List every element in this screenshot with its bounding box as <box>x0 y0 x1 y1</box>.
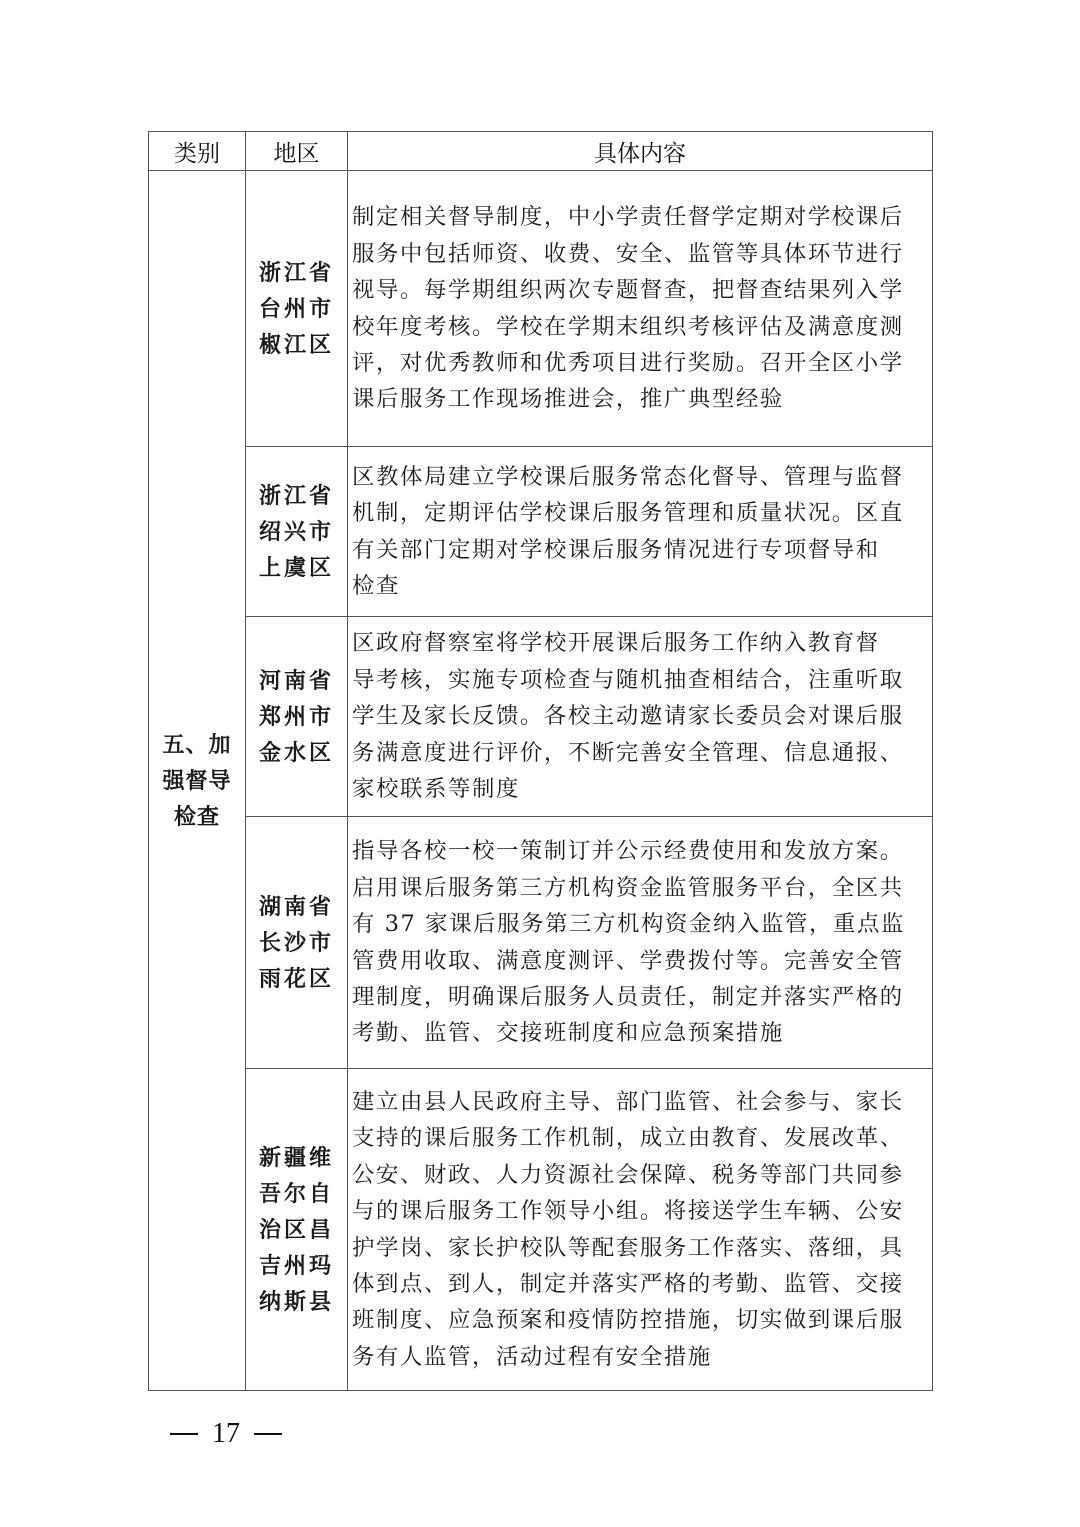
content-line: 启用课后服务第三方机构资金监管服务平台，全区共 <box>352 870 929 906</box>
content-line: 评，对优秀教师和优秀项目进行奖励。召开全区小学 <box>352 345 929 381</box>
content-line: 支持的课后服务工作机制，成立由教育、发展改革、 <box>352 1120 929 1156</box>
region-cell: 新疆维 吾尔自 治区昌 吉州玛 纳斯县 <box>246 1069 348 1391</box>
region-line: 绍兴市 <box>246 514 347 550</box>
table-row: 河南省 郑州市 金水区 区政府督察室将学校开展课后服务工作纳入教育督 导考核，实… <box>149 617 933 817</box>
region-cell: 浙江省 台州市 椒江区 <box>246 171 348 447</box>
content-line: 家校联系等制度 <box>352 771 929 807</box>
table-row: 湖南省 长沙市 雨花区 指导各校一校一策制订并公示经费使用和发放方案。 启用课后… <box>149 817 933 1069</box>
content-line: 区教体局建立学校课后服务常态化督导、管理与监督 <box>352 459 929 495</box>
content-line: 有 37 家课后服务第三方机构资金纳入监管，重点监 <box>352 906 929 942</box>
content-line: 指导各校一校一策制订并公示经费使用和发放方案。 <box>352 833 929 869</box>
content-line: 建立由县人民政府主导、部门监管、社会参与、家长 <box>352 1084 929 1120</box>
content-line: 班制度、应急预案和疫情防控措施，切实做到课后服 <box>352 1302 929 1338</box>
region-line: 治区昌 <box>246 1212 347 1248</box>
table-body: 五、加强督导检查 浙江省 台州市 椒江区 制定相关督导制度，中小学责任督学定期对… <box>149 171 933 1391</box>
content-line: 课后服务工作现场推进会，推广典型经验 <box>352 381 929 417</box>
dash-right <box>254 1433 282 1435</box>
category-cell: 五、加强督导检查 <box>149 171 246 1391</box>
region-cell: 河南省 郑州市 金水区 <box>246 617 348 817</box>
region-cell: 湖南省 长沙市 雨花区 <box>246 817 348 1069</box>
content-line: 体到点、到人，制定并落实严格的考勤、监管、交接 <box>352 1266 929 1302</box>
table-row: 浙江省 绍兴市 上虞区 区教体局建立学校课后服务常态化督导、管理与监督 机制，定… <box>149 447 933 617</box>
region-line: 浙江省 <box>246 478 347 514</box>
region-line: 纳斯县 <box>246 1284 347 1320</box>
region-line: 台州市 <box>246 291 347 327</box>
table-row: 新疆维 吾尔自 治区昌 吉州玛 纳斯县 建立由县人民政府主导、部门监管、社会参与… <box>149 1069 933 1391</box>
page-number-value: 17 <box>212 1418 240 1450</box>
content-cell: 区政府督察室将学校开展课后服务工作纳入教育督 导考核，实施专项检查与随机抽查相结… <box>348 617 933 817</box>
header-content: 具体内容 <box>348 132 933 171</box>
content-line: 与的课后服务工作领导小组。将接送学生车辆、公安 <box>352 1193 929 1229</box>
content-line: 服务中包括师资、收费、安全、监管等具体环节进行 <box>352 236 929 272</box>
content-line: 视导。每学期组织两次专题督查，把督查结果列入学 <box>352 272 929 308</box>
region-line: 河南省 <box>246 663 347 699</box>
content-line: 理制度，明确课后服务人员责任，制定并落实严格的 <box>352 979 929 1015</box>
content-line: 务有人监管，活动过程有安全措施 <box>352 1339 929 1375</box>
header-category: 类别 <box>149 132 246 171</box>
region-line: 吾尔自 <box>246 1176 347 1212</box>
content-line: 区政府督察室将学校开展课后服务工作纳入教育督 <box>352 625 929 661</box>
region-line: 浙江省 <box>246 255 347 291</box>
region-line: 郑州市 <box>246 699 347 735</box>
table-header-row: 类别 地区 具体内容 <box>149 132 933 171</box>
region-line: 湖南省 <box>246 889 347 925</box>
content-line: 校年度考核。学校在学期末组织考核评估及满意度测 <box>352 309 929 345</box>
content-line: 考勤、监管、交接班制度和应急预案措施 <box>352 1015 929 1051</box>
region-line: 长沙市 <box>246 925 347 961</box>
region-cell: 浙江省 绍兴市 上虞区 <box>246 447 348 617</box>
content-cell: 建立由县人民政府主导、部门监管、社会参与、家长 支持的课后服务工作机制，成立由教… <box>348 1069 933 1391</box>
table-row: 五、加强督导检查 浙江省 台州市 椒江区 制定相关督导制度，中小学责任督学定期对… <box>149 171 933 447</box>
content-cell: 区教体局建立学校课后服务常态化督导、管理与监督 机制，定期评估学校课后服务管理和… <box>348 447 933 617</box>
content-line: 务满意度进行评价，不断完善安全管理、信息通报、 <box>352 735 929 771</box>
dash-left <box>170 1433 198 1435</box>
content-line: 机制，定期评估学校课后服务管理和质量状况。区直 <box>352 495 929 531</box>
content-cell: 制定相关督导制度，中小学责任督学定期对学校课后 服务中包括师资、收费、安全、监管… <box>348 171 933 447</box>
region-line: 上虞区 <box>246 550 347 586</box>
page-number: 17 <box>170 1418 282 1450</box>
content-line: 制定相关督导制度，中小学责任督学定期对学校课后 <box>352 199 929 235</box>
region-line: 吉州玛 <box>246 1248 347 1284</box>
supervision-table: 类别 地区 具体内容 五、加强督导检查 浙江省 台州市 椒江区 制定相关督导制度… <box>148 131 933 1391</box>
content-line: 公安、财政、人力资源社会保障、税务等部门共同参 <box>352 1157 929 1193</box>
content-line: 有关部门定期对学校课后服务情况进行专项督导和 <box>352 532 929 568</box>
content-line: 导考核，实施专项检查与随机抽查相结合，注重听取 <box>352 662 929 698</box>
content-line: 检查 <box>352 568 929 604</box>
region-line: 椒江区 <box>246 327 347 363</box>
content-line: 管费用收取、满意度测评、学费拨付等。完善安全管 <box>352 943 929 979</box>
content-line: 护学岗、家长护校队等配套服务工作落实、落细，具 <box>352 1230 929 1266</box>
content-line: 学生及家长反馈。各校主动邀请家长委员会对课后服 <box>352 698 929 734</box>
region-line: 雨花区 <box>246 961 347 997</box>
region-line: 金水区 <box>246 735 347 771</box>
header-region: 地区 <box>246 132 348 171</box>
content-cell: 指导各校一校一策制订并公示经费使用和发放方案。 启用课后服务第三方机构资金监管服… <box>348 817 933 1069</box>
region-line: 新疆维 <box>246 1140 347 1176</box>
